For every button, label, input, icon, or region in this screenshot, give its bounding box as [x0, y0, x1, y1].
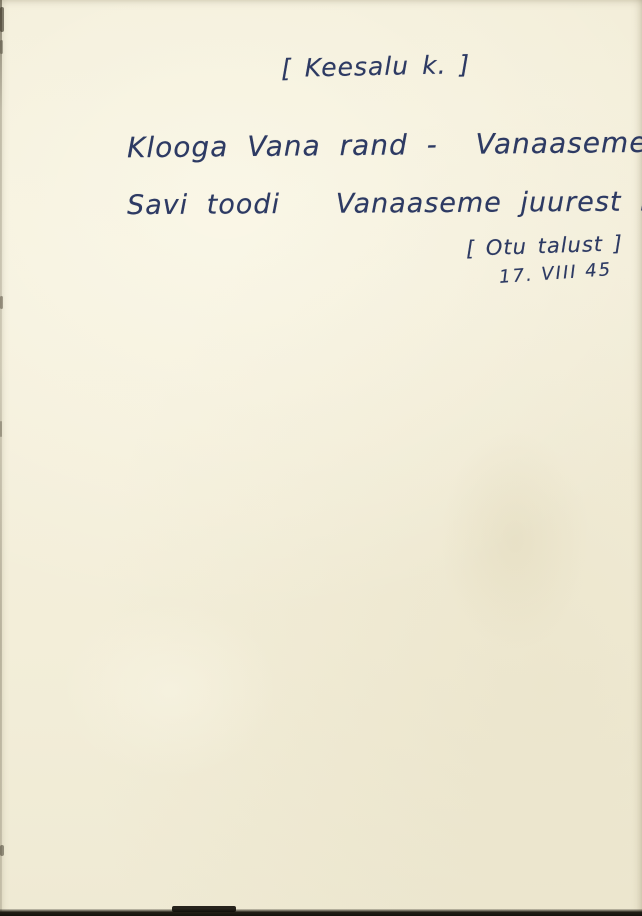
- note-line-1: Klooga Vana rand - Vanaaseme juures: [127, 125, 642, 165]
- scanned-page: [ Keesalu k. ] Klooga Vana rand - Vanaas…: [0, 0, 642, 916]
- note-line-2: Savi toodi Vanaaseme juurest merest: [127, 186, 642, 221]
- date-annotation: 17. VIII 45: [498, 259, 612, 288]
- scan-edge-mark: [0, 421, 2, 437]
- source-annotation: [ Otu talust ]: [466, 231, 624, 260]
- scan-edge-left: [0, 0, 2, 916]
- scan-edge-blob: [172, 906, 236, 912]
- paper-stain: [440, 430, 590, 650]
- scan-edge-mark: [0, 296, 3, 309]
- scan-edge-bottom: [0, 909, 642, 916]
- village-annotation: [ Keesalu k. ]: [281, 50, 471, 83]
- scan-edge-mark: [0, 7, 4, 32]
- scan-edge-mark: [0, 845, 4, 856]
- scan-edge-mark: [0, 40, 3, 54]
- paper-highlight: [60, 600, 280, 780]
